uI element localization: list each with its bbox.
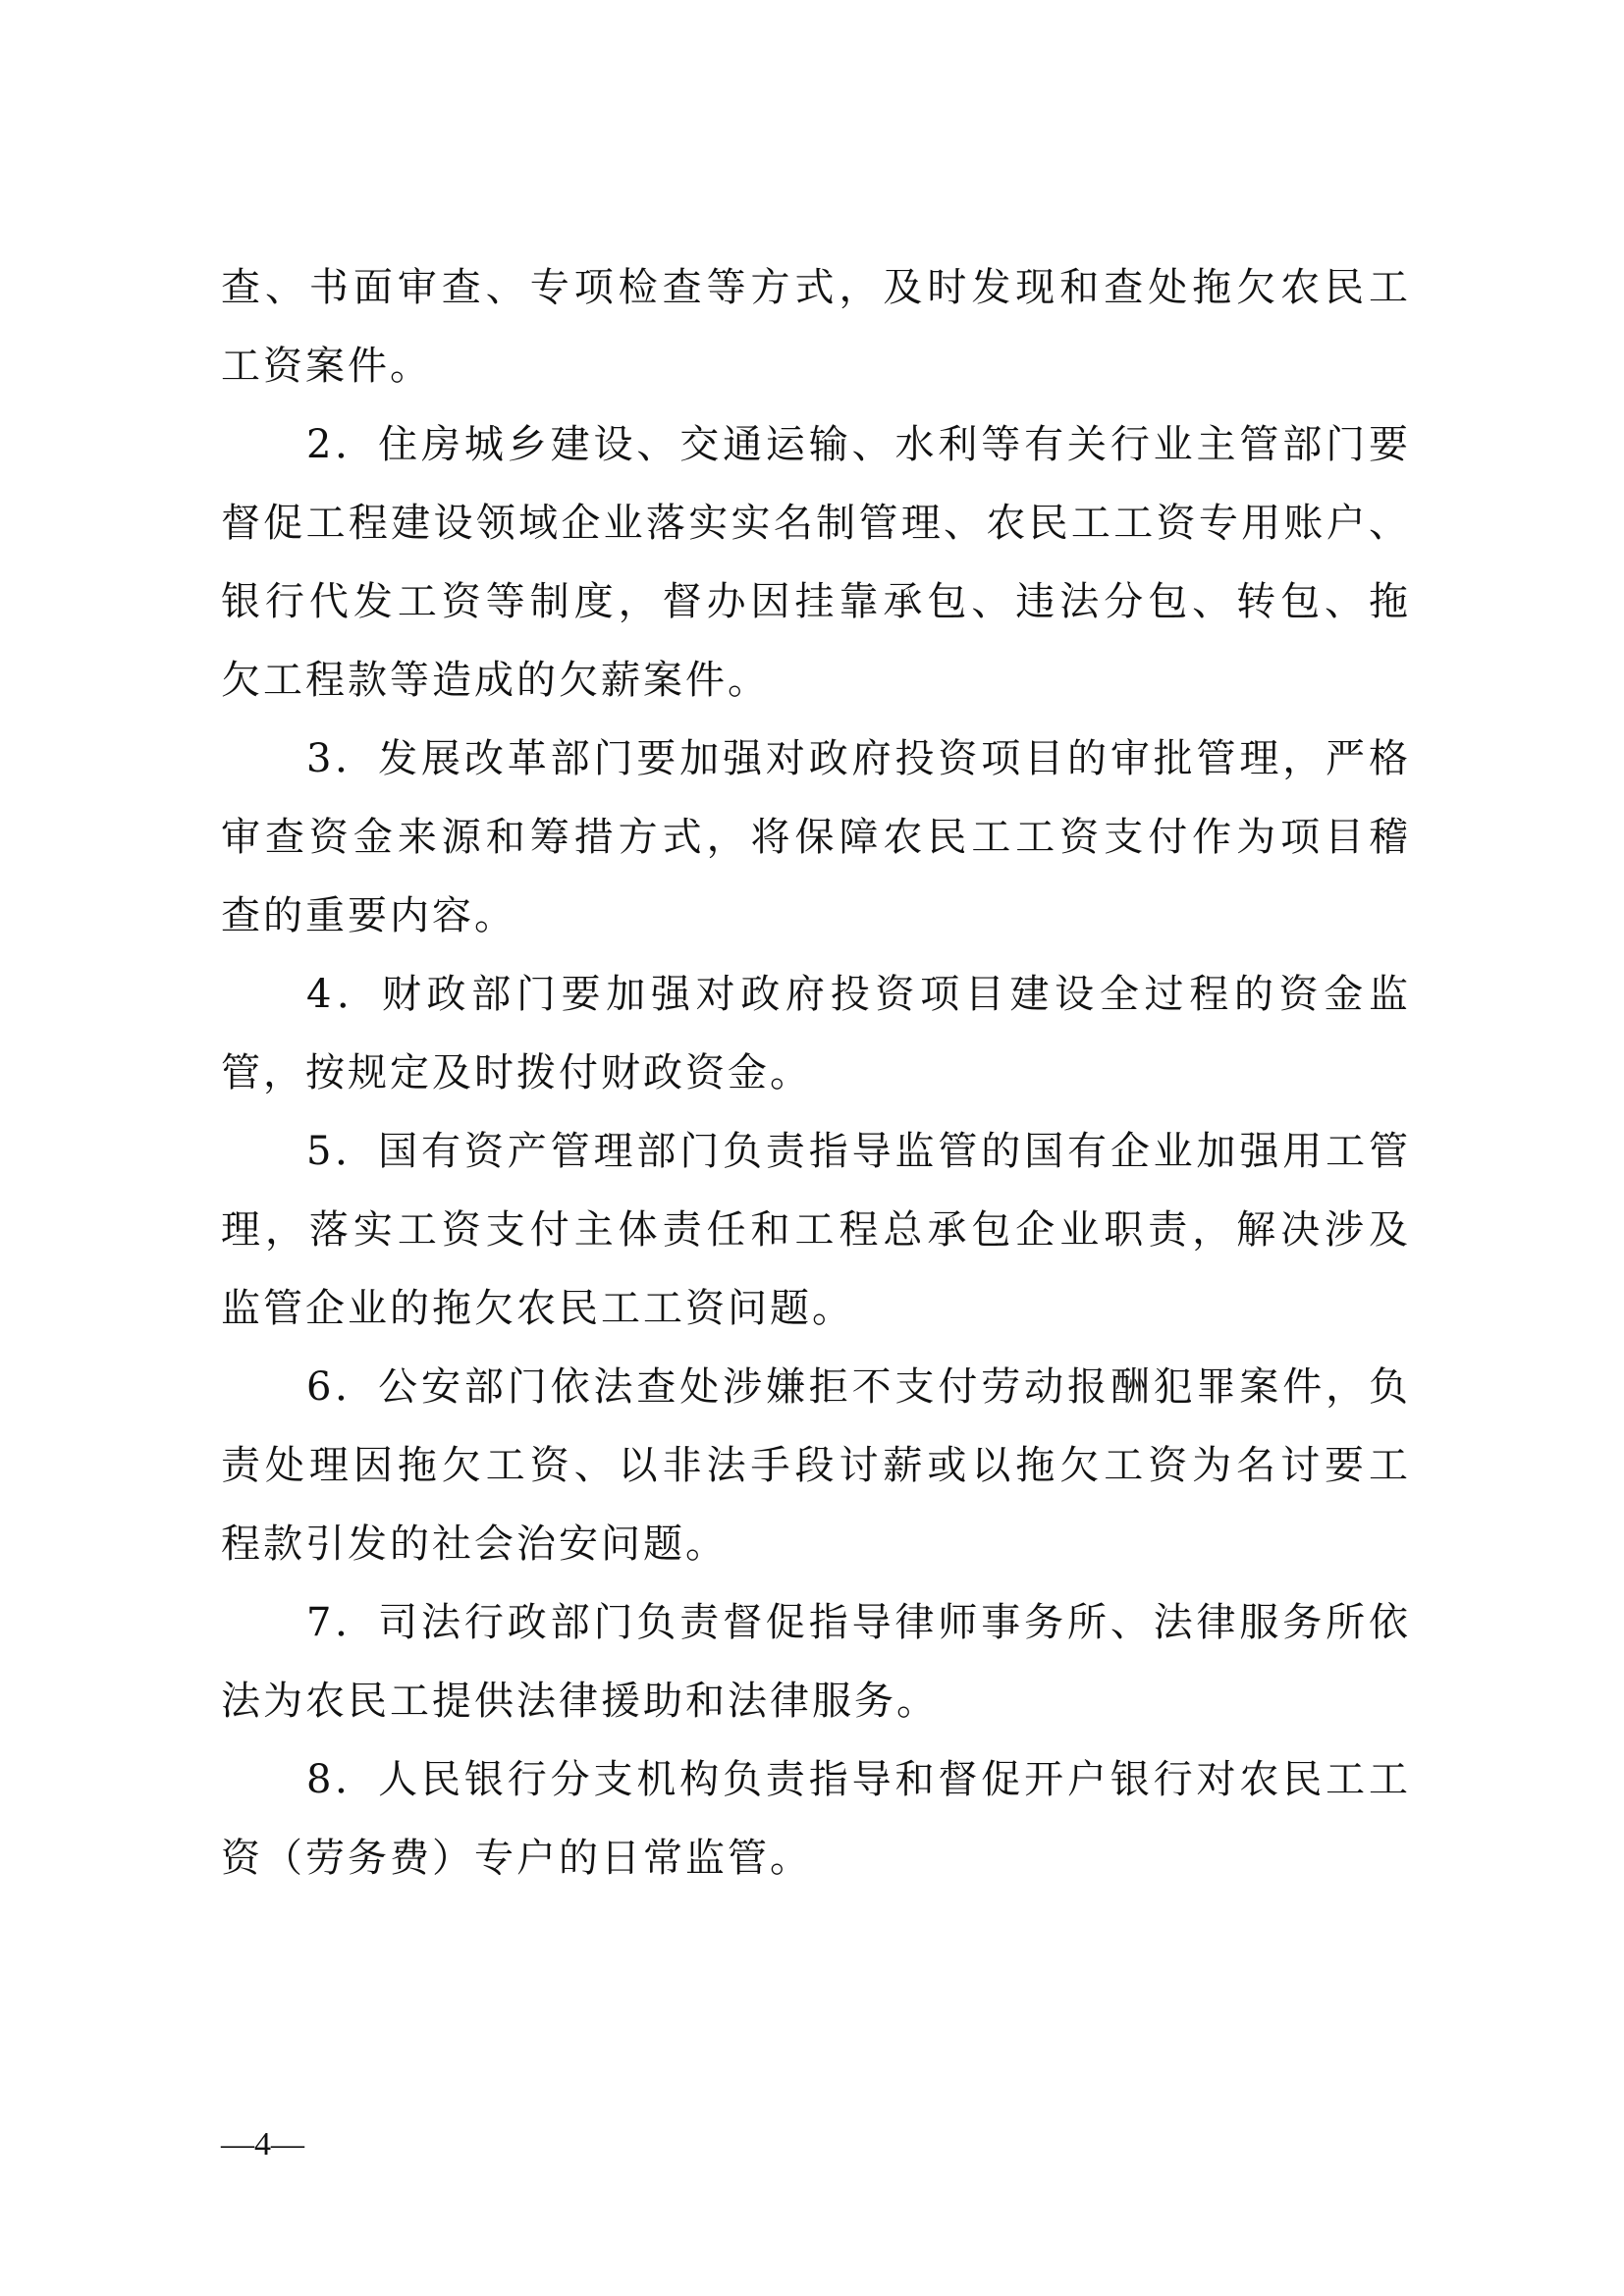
- page-number: —4—: [221, 2123, 304, 2166]
- paragraph-item-6: 6．公安部门依法查处涉嫌拒不支付劳动报酬犯罪案件，负 责处理因拖欠工资、以非法手…: [221, 1348, 1409, 1583]
- document-page: 查、书面审查、专项检查等方式，及时发现和查处拖欠农民工 工资案件。 2．住房城乡…: [0, 0, 1624, 2296]
- text-line: 工资案件。: [221, 327, 1409, 405]
- paragraph-item-2: 2．住房城乡建设、交通运输、水利等有关行业主管部门要 督促工程建设领域企业落实实…: [221, 405, 1409, 720]
- text-line: 查、书面审查、专项检查等方式，及时发现和查处拖欠农民工: [221, 248, 1409, 327]
- text-line: 8．人民银行分支机构负责指导和督促开户银行对农民工工: [221, 1740, 1409, 1819]
- text-line: 督促工程建设领域企业落实实名制管理、农民工工资专用账户、: [221, 484, 1409, 562]
- paragraph-item-3: 3．发展改革部门要加强对政府投资项目的审批管理，严格 审查资金来源和筹措方式，将…: [221, 720, 1409, 955]
- paragraph-item-7: 7．司法行政部门负责督促指导律师事务所、法律服务所依 法为农民工提供法律援助和法…: [221, 1583, 1409, 1740]
- text-line: 银行代发工资等制度，督办因挂靠承包、违法分包、转包、拖: [221, 562, 1409, 641]
- text-line: 责处理因拖欠工资、以非法手段讨薪或以拖欠工资为名讨要工: [221, 1426, 1409, 1505]
- text-line: 查的重要内容。: [221, 877, 1409, 955]
- text-line: 7．司法行政部门负责督促指导律师事务所、法律服务所依: [221, 1583, 1409, 1662]
- text-line: 欠工程款等造成的欠薪案件。: [221, 641, 1409, 720]
- text-line: 理，落实工资支付主体责任和工程总承包企业职责，解决涉及: [221, 1191, 1409, 1269]
- text-line: 5．国有资产管理部门负责指导监管的国有企业加强用工管: [221, 1112, 1409, 1191]
- text-line: 管，按规定及时拨付财政资金。: [221, 1034, 1409, 1112]
- paragraph-item-4: 4．财政部门要加强对政府投资项目建设全过程的资金监 管，按规定及时拨付财政资金。: [221, 955, 1409, 1112]
- text-line: 法为农民工提供法律援助和法律服务。: [221, 1662, 1409, 1740]
- text-line: 资（劳务费）专户的日常监管。: [221, 1819, 1409, 1897]
- document-body: 查、书面审查、专项检查等方式，及时发现和查处拖欠农民工 工资案件。 2．住房城乡…: [221, 248, 1409, 1897]
- paragraph-continued: 查、书面审查、专项检查等方式，及时发现和查处拖欠农民工 工资案件。: [221, 248, 1409, 405]
- text-line: 4．财政部门要加强对政府投资项目建设全过程的资金监: [221, 955, 1409, 1034]
- text-line: 6．公安部门依法查处涉嫌拒不支付劳动报酬犯罪案件，负: [221, 1348, 1409, 1426]
- paragraph-item-5: 5．国有资产管理部门负责指导监管的国有企业加强用工管 理，落实工资支付主体责任和…: [221, 1112, 1409, 1348]
- text-line: 程款引发的社会治安问题。: [221, 1505, 1409, 1583]
- text-line: 审查资金来源和筹措方式，将保障农民工工资支付作为项目稽: [221, 798, 1409, 877]
- paragraph-item-8: 8．人民银行分支机构负责指导和督促开户银行对农民工工 资（劳务费）专户的日常监管…: [221, 1740, 1409, 1897]
- text-line: 2．住房城乡建设、交通运输、水利等有关行业主管部门要: [221, 405, 1409, 484]
- text-line: 监管企业的拖欠农民工工资问题。: [221, 1269, 1409, 1348]
- text-line: 3．发展改革部门要加强对政府投资项目的审批管理，严格: [221, 720, 1409, 798]
